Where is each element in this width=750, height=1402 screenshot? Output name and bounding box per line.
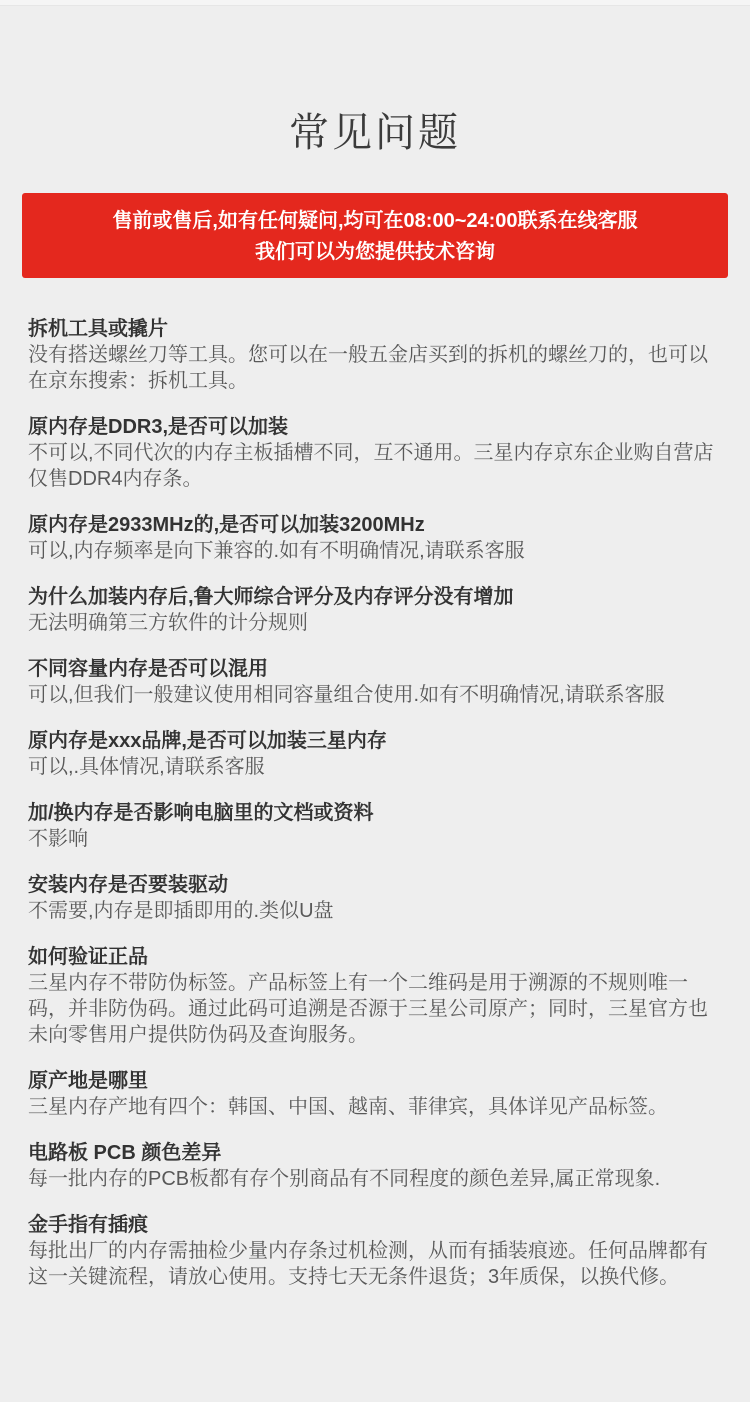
faq-list: 拆机工具或撬片 没有搭送螺丝刀等工具。您可以在一般五金店买到的拆机的螺丝刀的，也… (0, 316, 750, 1290)
faq-item: 原产地是哪里 三星内存产地有四个：韩国、中国、越南、菲律宾，具体详见产品标签。 (28, 1068, 722, 1120)
faq-question: 拆机工具或撬片 (28, 316, 722, 342)
faq-item: 电路板 PCB 颜色差异 每一批内存的PCB板都有存个别商品有不同程度的颜色差异… (28, 1140, 722, 1192)
faq-answer: 三星内存产地有四个：韩国、中国、越南、菲律宾，具体详见产品标签。 (28, 1094, 722, 1120)
faq-item: 金手指有插痕 每批出厂的内存需抽检少量内存条过机检测，从而有插装痕迹。任何品牌都… (28, 1212, 722, 1290)
top-divider (0, 0, 750, 6)
faq-question: 如何验证正品 (28, 944, 722, 970)
faq-question: 不同容量内存是否可以混用 (28, 656, 722, 682)
faq-item: 加/换内存是否影响电脑里的文档或资料 不影响 (28, 800, 722, 852)
faq-question: 原产地是哪里 (28, 1068, 722, 1094)
faq-answer: 三星内存不带防伪标签。产品标签上有一个二维码是用于溯源的不规则唯一码，并非防伪码… (28, 970, 722, 1048)
faq-answer: 每批出厂的内存需抽检少量内存条过机检测，从而有插装痕迹。任何品牌都有这一关键流程… (28, 1238, 722, 1290)
faq-answer: 无法明确第三方软件的计分规则 (28, 610, 722, 636)
faq-answer: 不可以,不同代次的内存主板插槽不同，互不通用。三星内存京东企业购自营店仅售DDR… (28, 440, 722, 492)
faq-answer: 可以,内存频率是向下兼容的.如有不明确情况,请联系客服 (28, 538, 722, 564)
faq-item: 拆机工具或撬片 没有搭送螺丝刀等工具。您可以在一般五金店买到的拆机的螺丝刀的，也… (28, 316, 722, 394)
faq-answer: 不需要,内存是即插即用的.类似U盘 (28, 898, 722, 924)
faq-question: 电路板 PCB 颜色差异 (28, 1140, 722, 1166)
faq-item: 原内存是DDR3,是否可以加装 不可以,不同代次的内存主板插槽不同，互不通用。三… (28, 414, 722, 492)
faq-question: 加/换内存是否影响电脑里的文档或资料 (28, 800, 722, 826)
faq-question: 原内存是2933MHz的,是否可以加装3200MHz (28, 512, 722, 538)
faq-question: 安装内存是否要装驱动 (28, 872, 722, 898)
faq-answer: 不影响 (28, 826, 722, 852)
faq-answer: 可以,.具体情况,请联系客服 (28, 754, 722, 780)
banner-line-1: 售前或售后,如有任何疑问,均可在08:00~24:00联系在线客服 (32, 206, 718, 237)
faq-answer: 每一批内存的PCB板都有存个别商品有不同程度的颜色差异,属正常现象. (28, 1166, 722, 1192)
faq-question: 原内存是xxx品牌,是否可以加装三星内存 (28, 728, 722, 754)
page-title: 常见问题 (0, 109, 750, 157)
banner-line-2: 我们可以为您提供技术咨询 (32, 237, 718, 268)
faq-item: 原内存是xxx品牌,是否可以加装三星内存 可以,.具体情况,请联系客服 (28, 728, 722, 780)
faq-item: 不同容量内存是否可以混用 可以,但我们一般建议使用相同容量组合使用.如有不明确情… (28, 656, 722, 708)
faq-item: 为什么加装内存后,鲁大师综合评分及内存评分没有增加 无法明确第三方软件的计分规则 (28, 584, 722, 636)
faq-item: 原内存是2933MHz的,是否可以加装3200MHz 可以,内存频率是向下兼容的… (28, 512, 722, 564)
customer-service-banner: 售前或售后,如有任何疑问,均可在08:00~24:00联系在线客服 我们可以为您… (22, 193, 728, 278)
faq-question: 为什么加装内存后,鲁大师综合评分及内存评分没有增加 (28, 584, 722, 610)
faq-answer: 没有搭送螺丝刀等工具。您可以在一般五金店买到的拆机的螺丝刀的，也可以在京东搜索：… (28, 342, 722, 394)
faq-question: 原内存是DDR3,是否可以加装 (28, 414, 722, 440)
faq-answer: 可以,但我们一般建议使用相同容量组合使用.如有不明确情况,请联系客服 (28, 682, 722, 708)
faq-item: 安装内存是否要装驱动 不需要,内存是即插即用的.类似U盘 (28, 872, 722, 924)
faq-question: 金手指有插痕 (28, 1212, 722, 1238)
faq-item: 如何验证正品 三星内存不带防伪标签。产品标签上有一个二维码是用于溯源的不规则唯一… (28, 944, 722, 1048)
